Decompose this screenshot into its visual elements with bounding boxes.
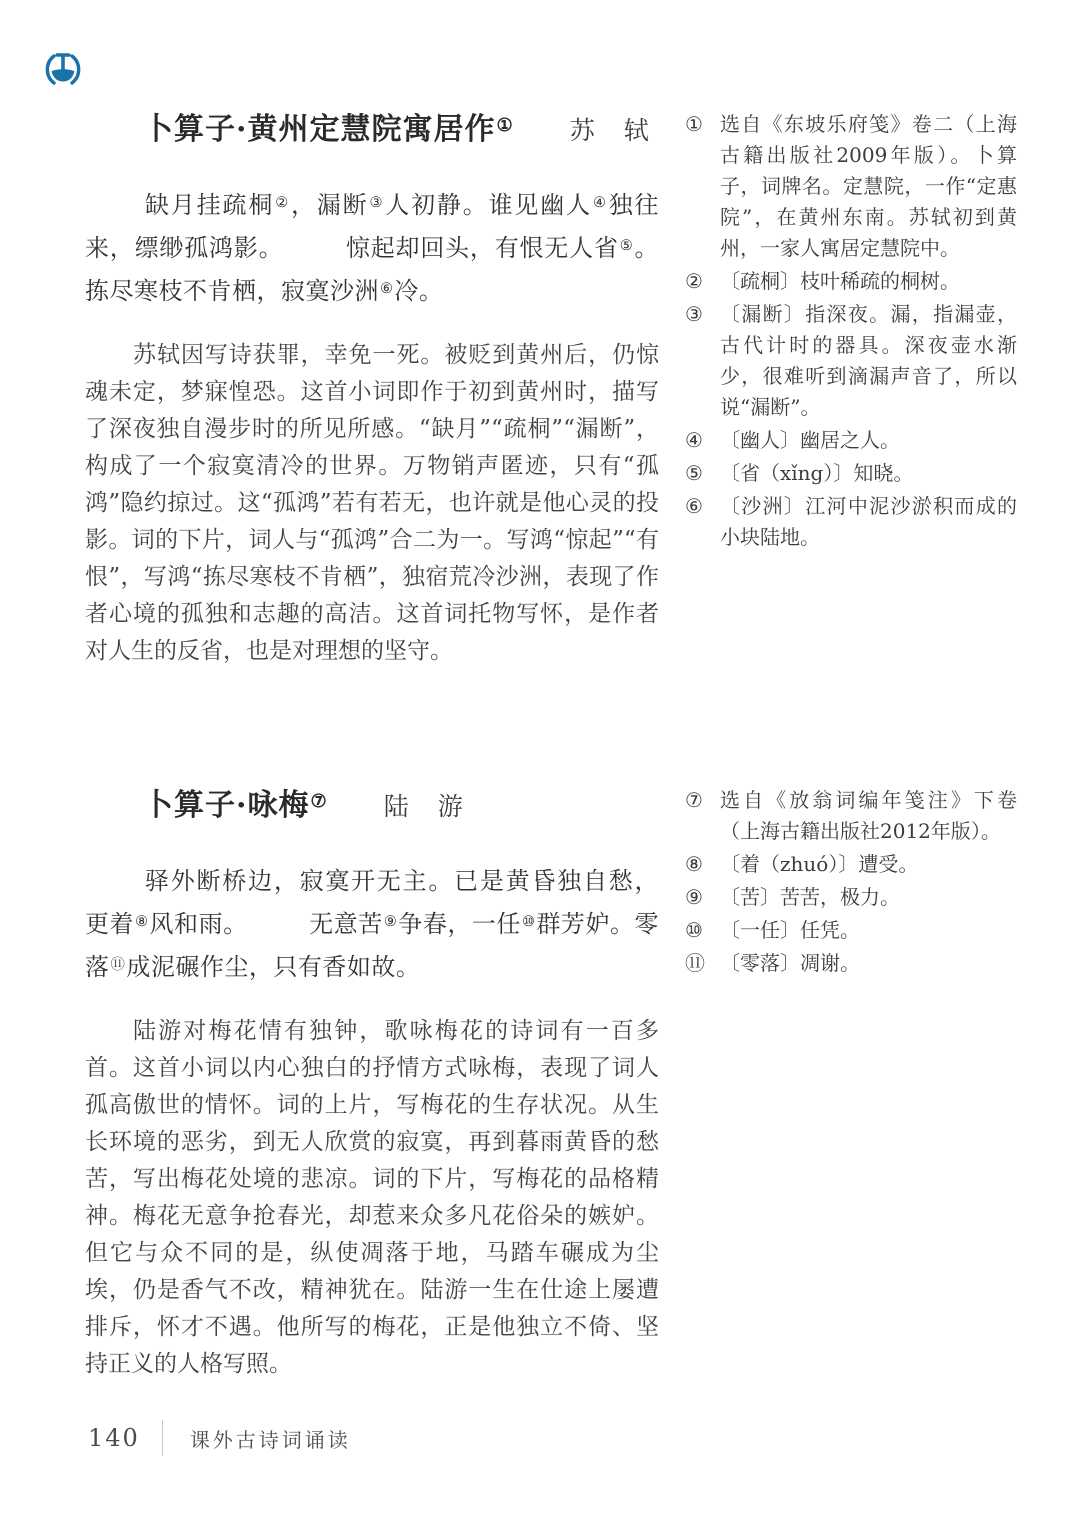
footnote-6: ⑥〔沙洲〕江河中泥沙淤积而成的小块陆地。 [685,491,1017,553]
footnote-1: ①选自《东坡乐府笺》卷二（上海古籍出版社2009年版）。卜算子，词牌名。定慧院，… [685,109,1017,264]
poem1-footnotes-column: ①选自《东坡乐府笺》卷二（上海古籍出版社2009年版）。卜算子，词牌名。定慧院，… [685,104,1017,555]
poem1-author: 苏 轼 [570,116,651,145]
footnote-ref-mark: ⑩ [521,914,536,930]
footnote-2-number: ② [685,266,703,297]
footnote-9: ⑨〔苦〕苦苦，极力。 [685,882,1017,913]
poem1-title: 卜算子·黄州定慧院寓居作① [143,112,515,147]
footnote-9-text: 〔苦〕苦苦，极力。 [720,885,900,909]
footnote-7-text: 选自《放翁词编年笺注》下卷（上海古籍出版社2012年版）。 [720,788,1017,843]
footnote-7-number: ⑦ [685,785,703,816]
footnote-8-text: 〔着（zhuó）〕遭受。 [720,852,918,876]
footer-section-title: 课外古诗词诵读 [190,1424,351,1453]
footnote-ref-mark: ④ [592,195,609,211]
footnote-ref-mark: ⑥ [379,281,394,297]
poem1-title-footnote-ref: ① [495,115,514,136]
footnote-10: ⑩〔一任〕任凭。 [685,915,1017,946]
footnote-5-number: ⑤ [685,458,703,489]
footnote-5: ⑤〔省（xǐng）〕知晓。 [685,458,1017,489]
footnote-2: ②〔疏桐〕枝叶稀疏的桐树。 [685,266,1017,297]
footnote-5-text: 〔省（xǐng）〕知晓。 [720,461,913,485]
footnote-2-text: 〔疏桐〕枝叶稀疏的桐树。 [720,269,960,293]
footnote-ref-mark: ⑤ [619,238,635,254]
footnote-8-number: ⑧ [685,849,703,880]
poem2-author: 陆 游 [384,792,465,821]
footnote-8: ⑧〔着（zhuó）〕遭受。 [685,849,1017,880]
page-number: 140 [88,1424,140,1452]
footnote-ref-mark: ② [274,195,291,211]
poem2-title-text: 卜算子·咏梅 [143,788,309,823]
footnote-ref-mark: ⑨ [383,914,398,930]
footnote-4: ④〔幽人〕幽居之人。 [685,425,1017,456]
footnote-ref-mark: ⑪ [110,957,127,973]
poem2-footnotes-column: ⑦选自《放翁词编年笺注》下卷（上海古籍出版社2012年版）。 ⑧〔着（zhuó）… [685,780,1017,981]
footnote-6-text: 〔沙洲〕江河中泥沙淤积而成的小块陆地。 [720,494,1017,549]
poem2-title-footnote-ref: ⑦ [309,791,328,812]
footnote-6-number: ⑥ [685,491,703,522]
page-footer: 140 课外古诗词诵读 [88,1420,351,1456]
poem1-main-column: 卜算子·黄州定慧院寓居作① 苏 轼 缺月挂疏桐②，漏断③人初静。谁见幽人④独往来… [85,104,659,670]
poem2-main-column: 卜算子·咏梅⑦ 陆 游 驿外断桥边，寂寞开无主。已是黄昏独自愁，更着⑧风和雨。 … [85,780,659,1383]
footnote-3-number: ③ [685,299,703,330]
footnote-3-text: 〔漏断〕指深夜。漏，指漏壶，古代计时的器具。深夜壶水渐少，很难听到滴漏声音了，所… [720,302,1017,419]
poem2-title: 卜算子·咏梅⑦ [143,788,329,823]
poem2-title-row: 卜算子·咏梅⑦ 陆 游 [143,780,659,824]
poem2-text: 驿外断桥边，寂寞开无主。已是黄昏独自愁，更着⑧风和雨。 无意苦⑨争春，一任⑩群芳… [85,860,659,989]
poem1-title-text: 卜算子·黄州定慧院寓居作 [143,112,495,147]
footnote-3: ③〔漏断〕指深夜。漏，指漏壶，古代计时的器具。深夜壶水渐少，很难听到滴漏声音了，… [685,299,1017,423]
footnote-11: ⑪〔零落〕凋谢。 [685,948,1017,979]
footnote-7: ⑦选自《放翁词编年笺注》下卷（上海古籍出版社2012年版）。 [685,785,1017,847]
footnote-11-text: 〔零落〕凋谢。 [720,951,860,975]
page-content: 卜算子·黄州定慧院寓居作① 苏 轼 缺月挂疏桐②，漏断③人初静。谁见幽人④独往来… [85,104,1017,1383]
footer-divider [162,1420,163,1456]
poem1-title-row: 卜算子·黄州定慧院寓居作① 苏 轼 [143,104,659,148]
poem-section-bosuanzi-huangzhou: 卜算子·黄州定慧院寓居作① 苏 轼 缺月挂疏桐②，漏断③人初静。谁见幽人④独往来… [85,104,1017,670]
footnote-11-number: ⑪ [685,948,705,979]
footnote-4-number: ④ [685,425,703,456]
textbook-page: 卜算子·黄州定慧院寓居作① 苏 轼 缺月挂疏桐②，漏断③人初静。谁见幽人④独往来… [0,0,1080,1526]
poem-section-bosuanzi-yongmei: 卜算子·咏梅⑦ 陆 游 驿外断桥边，寂寞开无主。已是黄昏独自愁，更着⑧风和雨。 … [85,780,1017,1383]
footnote-10-number: ⑩ [685,915,703,946]
footnote-9-number: ⑨ [685,882,703,913]
footnote-10-text: 〔一任〕任凭。 [720,918,860,942]
footnote-4-text: 〔幽人〕幽居之人。 [720,428,900,452]
poem1-commentary: 苏轼因写诗获罪，幸免一死。被贬到黄州后，仍惊魂未定，梦寐惶恐。这首小词即作于初到… [85,337,659,670]
poem2-commentary: 陆游对梅花情有独钟，歌咏梅花的诗词有一百多首。这首小词以内心独白的抒情方式咏梅，… [85,1013,659,1383]
publisher-anchor-logo-icon [44,50,82,92]
poem1-text: 缺月挂疏桐②，漏断③人初静。谁见幽人④独往来，缥缈孤鸿影。 惊起却回头，有恨无人… [85,184,659,313]
footnote-ref-mark: ③ [368,195,385,211]
footnote-ref-mark: ⑧ [134,914,149,930]
footnote-1-text: 选自《东坡乐府笺》卷二（上海古籍出版社2009年版）。卜算子，词牌名。定慧院，一… [720,112,1017,260]
footnote-1-number: ① [685,109,703,140]
